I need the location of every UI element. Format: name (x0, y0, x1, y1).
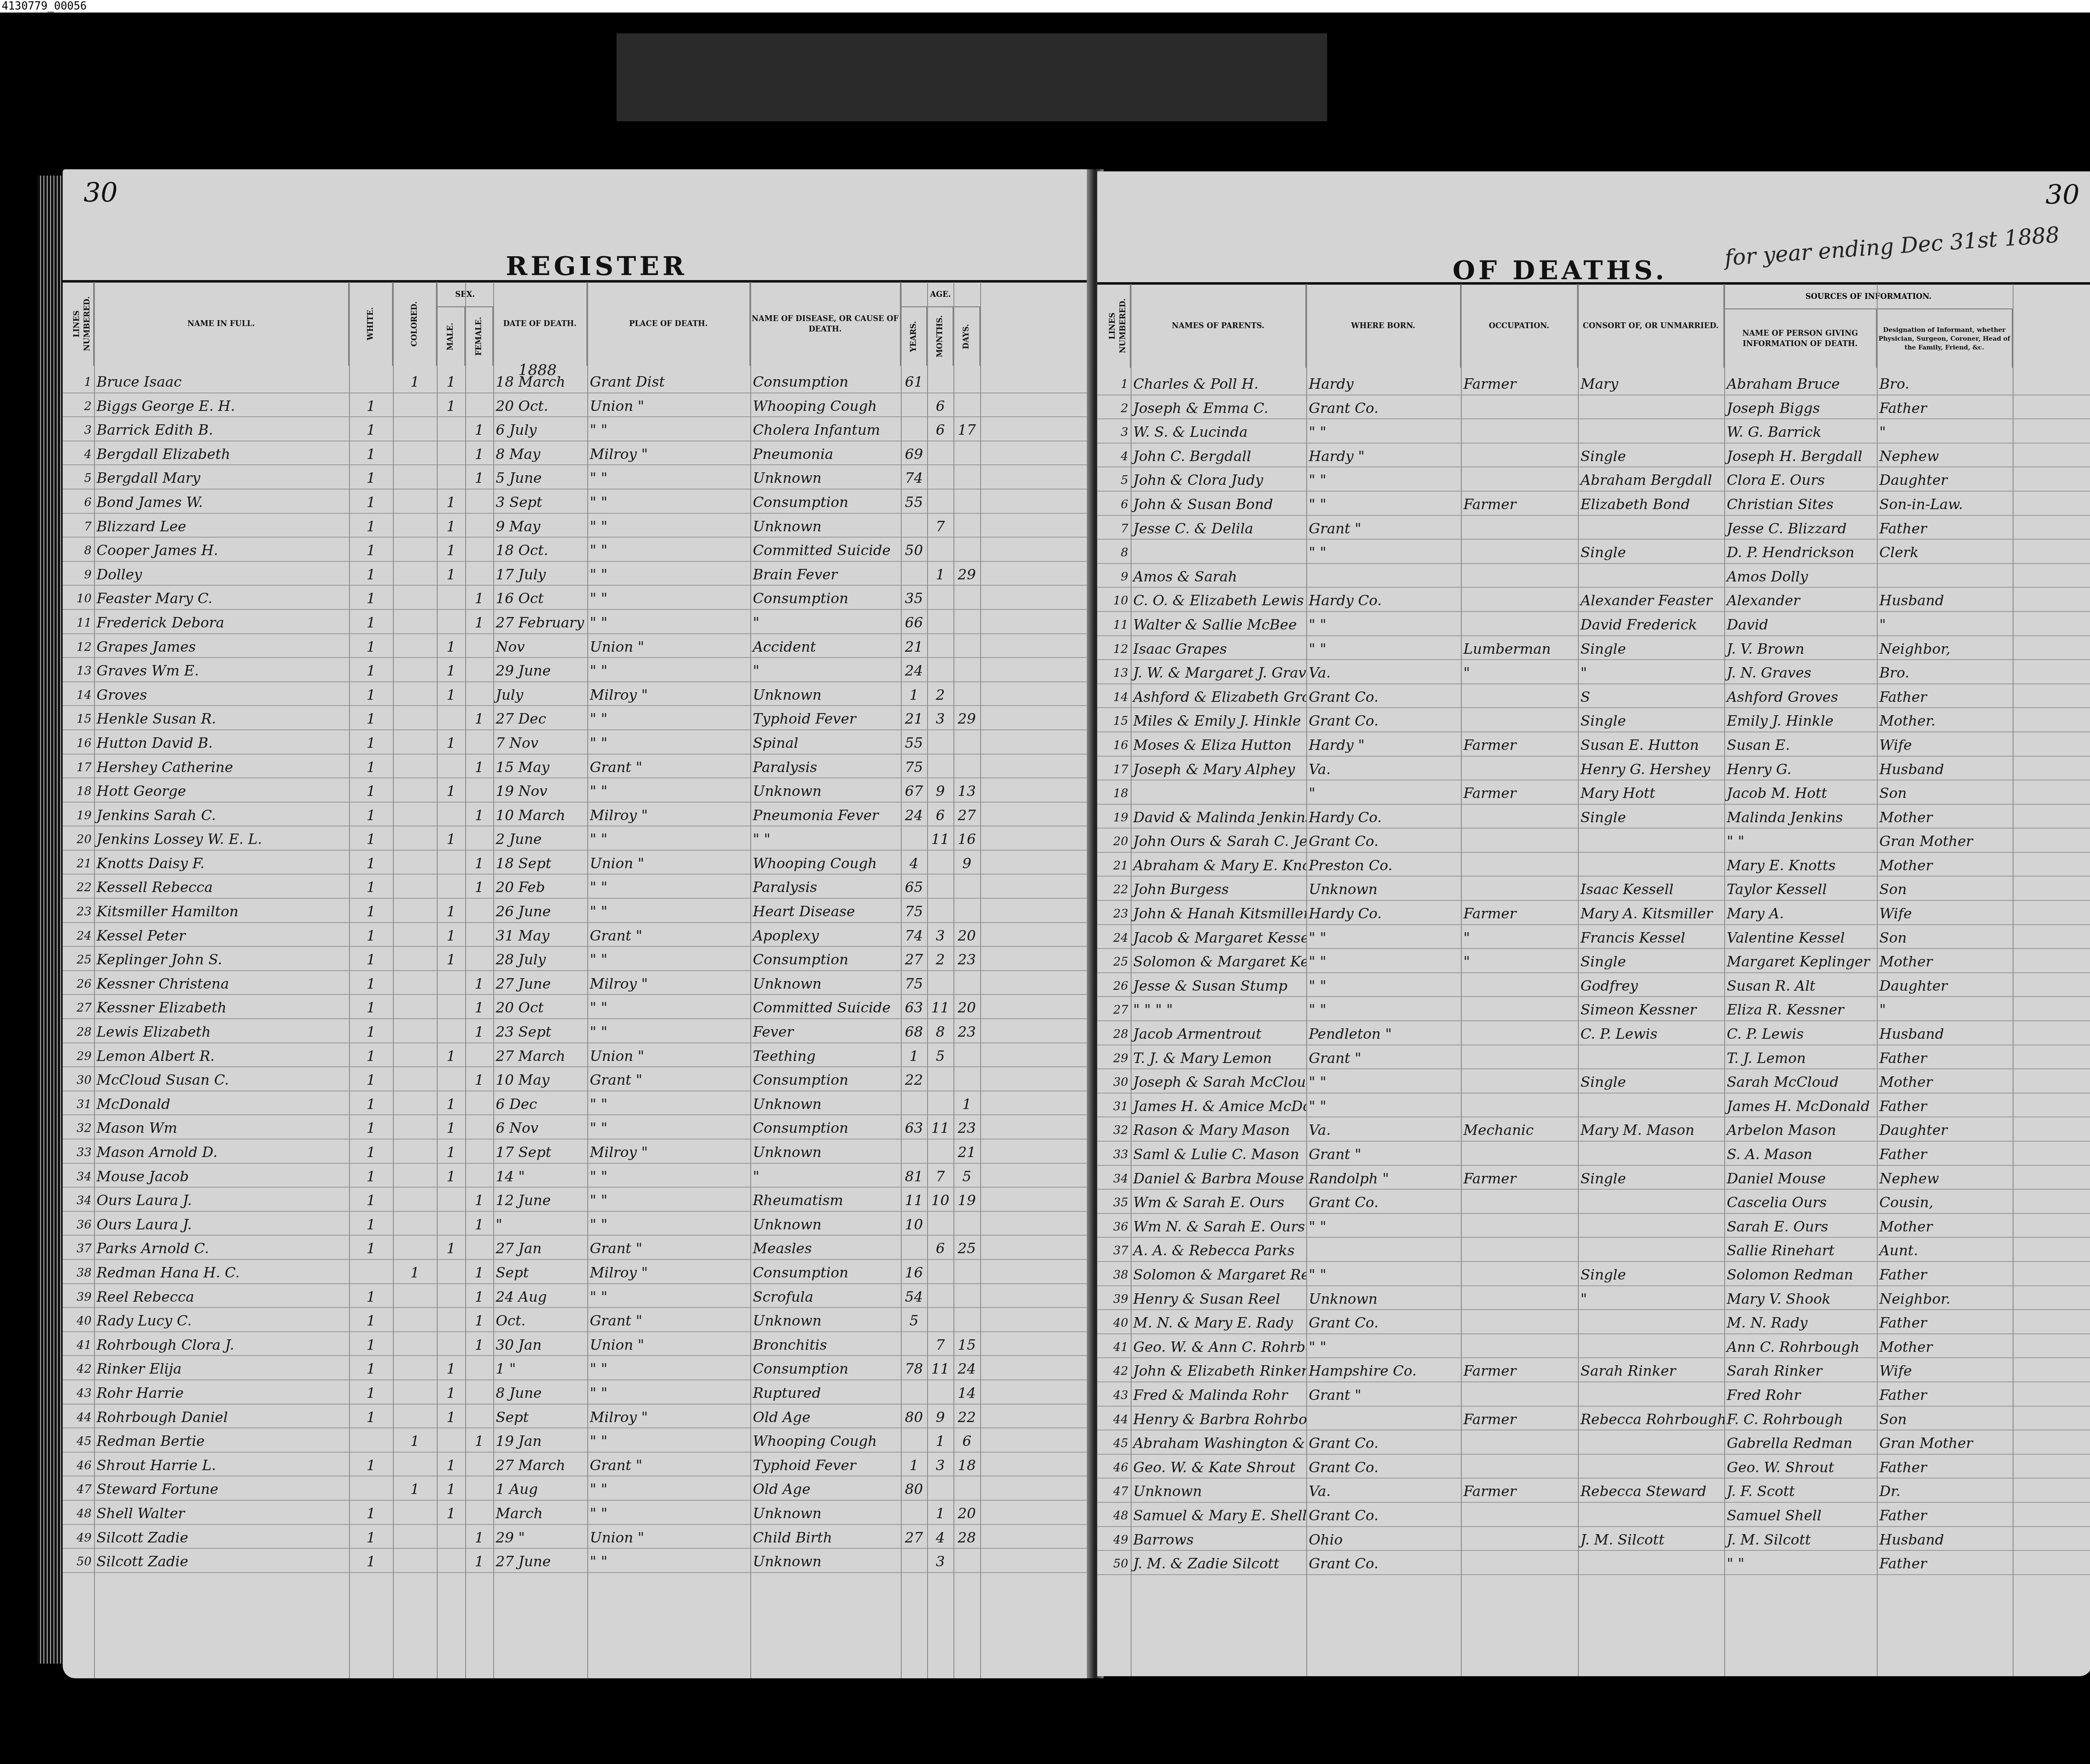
cell-white-mark: 1 (349, 586, 393, 609)
cell-line-number: 20 (71, 826, 94, 850)
cell-line-number: 14 (1106, 684, 1131, 708)
cell-white-mark: 1 (349, 1525, 393, 1548)
cell-male-mark (437, 586, 465, 609)
cell-date-of-death: 30 Jan (493, 1332, 587, 1356)
cell-age-days: 16 (953, 826, 980, 850)
cell-line-number: 42 (1106, 1358, 1131, 1382)
cell-name-in-full: Shrout Harrie L. (94, 1453, 349, 1476)
cell-place-of-death: " " (587, 489, 750, 513)
cell-female-mark: 1 (465, 1525, 493, 1548)
cell-age-days: 19 (953, 1188, 980, 1211)
table-row: 27Kessner Elizabeth1120 Oct" "Committed … (63, 995, 1095, 1019)
cell-where-born: Unknown (1306, 877, 1461, 900)
cell-names-of-parents: Geo. W. & Ann C. Rohrbough, (1131, 1334, 1306, 1358)
cell-informant-designation: Husband (1877, 1527, 2013, 1550)
cell-informant-designation: Mother (1877, 1069, 2013, 1093)
cell-informant-designation: Son (1877, 925, 2013, 948)
table-row: 19David & Malinda JenkinsHardy Co.Single… (1097, 805, 2090, 829)
table-row: 23Kitsmiller Hamilton1126 June" "Heart D… (63, 899, 1095, 923)
cell-age-months (927, 465, 953, 489)
cell-colored-mark (393, 441, 437, 465)
cell-female-mark (465, 1501, 493, 1524)
cell-date-of-death: 26 June (493, 899, 587, 922)
cell-where-born: Va. (1306, 1117, 1461, 1141)
cell-consort: Godfrey (1578, 973, 1724, 997)
table-row: 31James H. & Amice McDonald," "James H. … (1097, 1094, 2090, 1118)
table-row: 26Jesse & Susan Stump" "GodfreySusan R. … (1097, 973, 2090, 997)
cell-informant-designation: Father (1877, 516, 2013, 539)
cell-line-number: 3 (71, 417, 94, 441)
table-row: 24Kessel Peter1131 MayGrant "Apoplexy743… (63, 923, 1095, 947)
cell-name-in-full: Dolley (94, 562, 349, 585)
cell-age-days (953, 874, 980, 898)
cell-date-of-death: 9 May (493, 514, 587, 537)
cell-where-born: Preston Co. (1306, 853, 1461, 876)
cell-occupation: Farmer (1461, 901, 1578, 924)
cell-name-in-full: Bergdall Mary (94, 465, 349, 489)
cell-age-months: 3 (927, 706, 953, 729)
cell-consort: Isaac Kessell (1578, 877, 1724, 900)
cell-informant-designation: Father (1877, 1503, 2013, 1526)
cell-male-mark: 1 (437, 1356, 465, 1379)
cell-white-mark: 1 (349, 610, 393, 633)
cell-where-born: Hardy " (1306, 732, 1461, 756)
cell-name-in-full: Bruce Isaac (94, 369, 349, 393)
cell-where-born (1306, 1407, 1461, 1430)
cell-occupation (1461, 708, 1578, 732)
cell-informant-name: Amos Dolly (1724, 564, 1877, 587)
cell-colored-mark (393, 1019, 437, 1043)
cell-line-number: 2 (1106, 395, 1131, 419)
cell-age-days: 15 (953, 1332, 980, 1356)
cell-age-months: 1 (927, 1501, 953, 1524)
cell-male-mark (437, 1067, 465, 1091)
cell-occupation (1461, 1455, 1578, 1478)
cell-where-born: Grant Co. (1306, 1551, 1461, 1574)
cell-where-born: Ohio (1306, 1527, 1461, 1550)
cell-occupation (1461, 1045, 1578, 1069)
cell-consort: Sarah Rinker (1578, 1358, 1724, 1382)
cell-place-of-death: " " (587, 1501, 750, 1524)
cell-cause-of-death: Old Age (750, 1405, 901, 1428)
cell-name-in-full: Lemon Albert R. (94, 1043, 349, 1067)
cell-informant-designation: Wife (1877, 732, 2013, 756)
cell-age-days (953, 465, 980, 489)
table-row: 28Lewis Elizabeth1123 Sept" "Fever68823 (63, 1019, 1095, 1043)
cell-line-number: 10 (71, 586, 94, 609)
cell-consort: Mary A. Kitsmiller (1578, 901, 1724, 924)
cell-line-number: 6 (1106, 492, 1131, 515)
cell-cause-of-death: Whooping Cough (750, 1428, 901, 1452)
cell-white-mark: 1 (349, 658, 393, 681)
cell-date-of-death: 27 June (493, 971, 587, 994)
cell-age-days: 23 (953, 1019, 980, 1043)
cell-female-mark: 1 (465, 803, 493, 826)
cell-male-mark (437, 971, 465, 994)
cell-age-months: 1 (927, 562, 953, 585)
column-rule (1131, 284, 1132, 1676)
cell-line-number: 44 (71, 1405, 94, 1428)
cell-name-in-full: Lewis Elizabeth (94, 1019, 349, 1043)
cell-male-mark: 1 (437, 1091, 465, 1115)
cell-white-mark: 1 (349, 1308, 393, 1331)
cell-cause-of-death: " (750, 610, 901, 633)
table-row: 48Shell Walter11March" "Unknown120 (63, 1501, 1095, 1525)
cell-line-number: 30 (1106, 1069, 1131, 1093)
cell-white-mark: 1 (349, 1405, 393, 1428)
cell-female-mark (465, 923, 493, 946)
cell-place-of-death: " " (587, 465, 750, 489)
cell-female-mark (465, 1164, 493, 1187)
cell-female-mark (465, 947, 493, 970)
cell-date-of-death: 6 Nov (493, 1115, 587, 1139)
cell-place-of-death: " " (587, 899, 750, 922)
cell-white-mark: 1 (349, 995, 393, 1018)
cell-age-years: 1 (901, 682, 927, 706)
cell-date-of-death: 10 May (493, 1067, 587, 1091)
cell-line-number: 31 (71, 1091, 94, 1115)
cell-colored-mark (393, 923, 437, 946)
cell-date-of-death: 20 Oct. (493, 393, 587, 417)
table-row: 41Rohrbough Clora J.1130 JanUnion "Bronc… (63, 1332, 1095, 1356)
cell-informant-name: Clora E. Ours (1724, 467, 1877, 491)
table-row: 38Solomon & Margaret Redman" "SingleSolo… (1097, 1262, 2090, 1286)
cell-line-number: 5 (71, 465, 94, 489)
cell-age-days (953, 755, 980, 778)
cell-occupation (1461, 1069, 1578, 1093)
cell-female-mark (465, 369, 493, 393)
cell-place-of-death: " " (587, 562, 750, 585)
cell-names-of-parents: Joseph & Emma C. (1131, 395, 1306, 419)
cell-place-of-death: " " (587, 1428, 750, 1452)
cell-place-of-death: Union " (587, 1525, 750, 1548)
cell-where-born: " " (1306, 492, 1461, 515)
cell-occupation (1461, 1310, 1578, 1333)
cell-age-months: 1 (927, 1428, 953, 1452)
cell-date-of-death: " (493, 1212, 587, 1235)
header-consort: Consort of, or Unmarried. (1578, 284, 1724, 368)
table-row: 30Joseph & Sarah McCloud" "SingleSarah M… (1097, 1069, 2090, 1094)
cell-name-in-full: Henkle Susan R. (94, 706, 349, 729)
cell-male-mark (437, 1019, 465, 1043)
cell-where-born: " (1306, 780, 1461, 804)
cell-colored-mark (393, 1501, 437, 1524)
cell-female-mark (465, 826, 493, 850)
cell-age-years (901, 417, 927, 441)
cell-where-born: Grant Co. (1306, 1190, 1461, 1213)
cell-cause-of-death: Unknown (750, 1549, 901, 1572)
cell-age-months: 6 (927, 803, 953, 826)
cell-line-number: 41 (71, 1332, 94, 1356)
cell-age-years (901, 1428, 927, 1452)
cell-line-number: 34 (1106, 1166, 1131, 1189)
cell-name-in-full: Hott George (94, 778, 349, 802)
cell-consort: Francis Kessel (1578, 925, 1724, 948)
cell-informant-name: F. C. Rohrbough (1724, 1407, 1877, 1430)
cell-age-years: 10 (901, 1212, 927, 1235)
cell-where-born: Grant Co. (1306, 828, 1461, 852)
cell-age-months (927, 1139, 953, 1163)
table-row: 11Walter & Sallie McBee" "David Frederic… (1097, 612, 2090, 636)
cell-male-mark: 1 (437, 826, 465, 850)
cell-cause-of-death: Apoplexy (750, 923, 901, 946)
cell-names-of-parents (1131, 780, 1306, 804)
cell-place-of-death: Milroy " (587, 971, 750, 994)
cell-consort (1578, 564, 1724, 587)
cell-age-months: 3 (927, 923, 953, 946)
table-row: 17Hershey Catherine1115 MayGrant "Paraly… (63, 755, 1095, 779)
cell-female-mark (465, 1453, 493, 1476)
cell-informant-name: Joseph Biggs (1724, 395, 1877, 419)
of-deaths-title: OF DEATHS. (1453, 255, 1667, 286)
cell-cause-of-death: Typhoid Fever (750, 1453, 901, 1476)
cell-consort (1578, 1455, 1724, 1478)
cell-informant-designation: Mother (1877, 949, 2013, 972)
cell-consort (1578, 1238, 1724, 1261)
cell-male-mark: 1 (437, 1139, 465, 1163)
cell-age-years: 80 (901, 1405, 927, 1428)
cell-name-in-full: Blizzard Lee (94, 514, 349, 537)
cell-consort (1578, 1430, 1724, 1454)
cell-line-number: 28 (1106, 1021, 1131, 1045)
cell-age-years: 75 (901, 899, 927, 922)
table-row: 46Geo. W. & Kate ShroutGrant Co.Geo. W. … (1097, 1455, 2090, 1479)
image-label-bar: 4130779_00056 (0, 0, 2090, 13)
cell-female-mark: 1 (465, 1549, 493, 1572)
cell-where-born: Va. (1306, 757, 1461, 780)
table-row: 7Jesse C. & DelilaGrant "Jesse C. Blizza… (1097, 516, 2090, 540)
cell-female-mark: 1 (465, 1188, 493, 1211)
cell-white-mark (349, 1476, 393, 1500)
cell-colored-mark (393, 586, 437, 609)
table-row: 49Silcott Zadie1129 "Union "Child Birth2… (63, 1525, 1095, 1549)
cell-line-number: 32 (1106, 1117, 1131, 1141)
cell-line-number: 9 (1106, 564, 1131, 587)
cell-informant-name: " " (1724, 828, 1877, 852)
cell-male-mark (437, 417, 465, 441)
cell-informant-name: Sarah McCloud (1724, 1069, 1877, 1093)
cell-place-of-death: Union " (587, 393, 750, 417)
cell-name-in-full: Barrick Edith B. (94, 417, 349, 441)
cell-names-of-parents: Wm N. & Sarah E. Ours (1131, 1214, 1306, 1237)
table-row: 21Abraham & Mary E. KnottsPreston Co.Mar… (1097, 853, 2090, 877)
cell-colored-mark (393, 778, 437, 802)
cell-names-of-parents: Joseph & Sarah McCloud (1131, 1069, 1306, 1093)
cell-colored-mark (393, 1453, 437, 1476)
cell-place-of-death: Union " (587, 1043, 750, 1067)
cell-names-of-parents: A. A. & Rebecca Parks (1131, 1238, 1306, 1261)
cell-cause-of-death: Consumption (750, 1067, 901, 1091)
cell-informant-name: Abraham Bruce (1724, 371, 1877, 395)
cell-occupation (1461, 1503, 1578, 1526)
column-rule (465, 282, 466, 1678)
cell-female-mark: 1 (465, 706, 493, 729)
table-row: 9Amos & SarahAmos Dolly (1097, 564, 2090, 588)
cell-line-number: 4 (1106, 444, 1131, 467)
cell-age-years: 27 (901, 1525, 927, 1548)
cell-informant-designation: Father (1877, 1094, 2013, 1117)
cell-occupation: " (1461, 949, 1578, 972)
cell-names-of-parents: John C. Bergdall (1131, 444, 1306, 467)
cell-age-days (953, 538, 980, 561)
cell-where-born: Hardy (1306, 371, 1461, 395)
cell-name-in-full: Shell Walter (94, 1501, 349, 1524)
cell-name-in-full: Mouse Jacob (94, 1164, 349, 1187)
cell-male-mark (437, 874, 465, 898)
table-row: 36Wm N. & Sarah E. Ours" "Sarah E. OursM… (1097, 1214, 2090, 1238)
cell-informant-designation: Daughter (1877, 973, 2013, 997)
table-row: 24Jacob & Margaret Kessell" ""Francis Ke… (1097, 925, 2090, 949)
cell-female-mark: 1 (465, 971, 493, 994)
cell-colored-mark (393, 1380, 437, 1404)
cell-place-of-death: " " (587, 1091, 750, 1115)
cell-names-of-parents: Abraham & Mary E. Knotts (1131, 853, 1306, 876)
cell-informant-designation: Mother. (1877, 708, 2013, 732)
cell-place-of-death: Milroy " (587, 1405, 750, 1428)
cell-cause-of-death: Consumption (750, 369, 901, 393)
cell-line-number: 43 (1106, 1382, 1131, 1406)
cell-male-mark: 1 (437, 1453, 465, 1476)
cell-informant-name: Eliza R. Kessner (1724, 997, 1877, 1020)
cell-place-of-death: " " (587, 1356, 750, 1379)
cell-informant-name: C. P. Lewis (1724, 1021, 1877, 1045)
table-row: 37Parks Arnold C.1127 JanGrant "Measles6… (63, 1236, 1095, 1260)
cell-line-number: 16 (71, 730, 94, 754)
cell-cause-of-death: Spinal (750, 730, 901, 754)
cell-date-of-death: 17 Sept (493, 1139, 587, 1163)
cell-occupation (1461, 1214, 1578, 1237)
table-row: 5Bergdall Mary115 June" "Unknown74 (63, 465, 1095, 489)
cell-age-years: 5 (901, 1308, 927, 1331)
column-rule (927, 282, 928, 1678)
cell-date-of-death: Sept (493, 1260, 587, 1283)
cell-male-mark (437, 1188, 465, 1211)
cell-age-years (901, 1091, 927, 1115)
cell-where-born: Grant Co. (1306, 708, 1461, 732)
cell-line-number: 34 (71, 1188, 94, 1211)
cell-where-born: " " (1306, 419, 1461, 443)
cell-date-of-death: 1 " (493, 1356, 587, 1379)
cell-cause-of-death: Unknown (750, 1091, 901, 1115)
cell-names-of-parents: Walter & Sallie McBee (1131, 612, 1306, 635)
cell-informant-designation: Clerk (1877, 540, 2013, 563)
cell-place-of-death: Milroy " (587, 682, 750, 706)
cell-line-number: 30 (71, 1067, 94, 1091)
cell-age-months (927, 634, 953, 658)
cell-line-number: 37 (71, 1236, 94, 1259)
cell-date-of-death: 29 June (493, 658, 587, 681)
cell-age-months (927, 586, 953, 609)
cell-white-mark: 1 (349, 1380, 393, 1404)
cell-white-mark: 1 (349, 1091, 393, 1115)
cell-female-mark: 1 (465, 1212, 493, 1235)
cell-male-mark: 1 (437, 899, 465, 922)
cell-informant-name: Sallie Rinehart (1724, 1238, 1877, 1261)
cell-names-of-parents: Charles & Poll H. (1131, 371, 1306, 395)
cell-line-number: 18 (1106, 780, 1131, 804)
image-label: 4130779_00056 (2, 0, 87, 13)
cell-place-of-death: Milroy " (587, 441, 750, 465)
cell-line-number: 15 (1106, 708, 1131, 732)
cell-cause-of-death: " (750, 1164, 901, 1187)
cell-male-mark: 1 (437, 923, 465, 946)
table-row: 25Solomon & Margaret Keplinger" ""Single… (1097, 949, 2090, 973)
cell-male-mark (437, 1260, 465, 1283)
cell-age-months: 2 (927, 947, 953, 970)
cell-names-of-parents: Jacob & Margaret Kessell (1131, 925, 1306, 948)
cell-line-number: 19 (71, 803, 94, 826)
cell-age-days: 25 (953, 1236, 980, 1259)
header-line-numbered: Lines Numbered. (71, 282, 94, 366)
cell-white-mark: 1 (349, 1019, 393, 1043)
cell-place-of-death: " " (587, 417, 750, 441)
cell-line-number: 33 (1106, 1142, 1131, 1165)
cell-name-in-full: McDonald (94, 1091, 349, 1115)
cell-date-of-death: 18 Sept (493, 851, 587, 874)
table-row: 45Redman Bertie1119 Jan" "Whooping Cough… (63, 1428, 1095, 1453)
cell-names-of-parents: Joseph & Mary Alphey (1131, 757, 1306, 780)
table-row: 33Saml & Lulie C. MasonGrant "S. A. Maso… (1097, 1142, 2090, 1166)
table-row: 14Groves11JulyMilroy "Unknown12 (63, 682, 1095, 706)
cell-informant-name: J. M. Silcott (1724, 1527, 1877, 1550)
cell-line-number: 44 (1106, 1407, 1131, 1430)
table-row: 39Reel Rebecca1124 Aug" "Scrofula54 (63, 1284, 1095, 1308)
cell-colored-mark: 1 (393, 1260, 437, 1283)
cell-line-number: 12 (1106, 636, 1131, 660)
cell-place-of-death: Milroy " (587, 803, 750, 826)
cell-age-years: 35 (901, 586, 927, 609)
table-row: 40M. N. & Mary E. RadyGrant Co.M. N. Rad… (1097, 1310, 2090, 1334)
cell-male-mark (437, 1428, 465, 1452)
cell-informant-name: Mary E. Knotts (1724, 853, 1877, 876)
cell-name-in-full: Rohrbough Clora J. (94, 1332, 349, 1356)
cell-name-in-full: Silcott Zadie (94, 1525, 349, 1548)
table-row: 41Geo. W. & Ann C. Rohrbough," "Ann C. R… (1097, 1334, 2090, 1359)
cell-where-born: Hardy Co. (1306, 805, 1461, 828)
cell-age-days: 18 (953, 1453, 980, 1476)
table-row: 7Blizzard Lee119 May" "Unknown7 (63, 514, 1095, 538)
table-row: 9Dolley1117 July" "Brain Fever129 (63, 562, 1095, 586)
cell-where-born: " " (1306, 925, 1461, 948)
cell-names-of-parents: Solomon & Margaret Keplinger (1131, 949, 1306, 972)
cell-cause-of-death: Measles (750, 1236, 901, 1259)
cell-age-years: 54 (901, 1284, 927, 1308)
cell-informant-designation: Husband (1877, 588, 2013, 611)
cell-consort (1578, 516, 1724, 539)
cell-cause-of-death: Consumption (750, 947, 901, 970)
cell-names-of-parents: C. O. & Elizabeth Lewis (1131, 588, 1306, 611)
cell-line-number: 7 (71, 514, 94, 537)
cell-colored-mark (393, 706, 437, 729)
header-days: Days. (953, 307, 980, 366)
cell-white-mark: 1 (349, 778, 393, 802)
cell-age-years: 80 (901, 1476, 927, 1500)
cell-line-number: 35 (1106, 1190, 1131, 1213)
cell-where-born: " " (1306, 540, 1461, 563)
table-row: 42John & Elizabeth RinkerHampshire Co.Fa… (1097, 1358, 2090, 1382)
cell-informant-designation: Nephew (1877, 1166, 2013, 1189)
table-row: 21Knotts Daisy F.1118 SeptUnion "Whoopin… (63, 851, 1095, 875)
cell-line-number: 46 (71, 1453, 94, 1476)
cell-informant-name: Ashford Groves (1724, 684, 1877, 708)
cell-cause-of-death: Ruptured (750, 1380, 901, 1404)
table-row: 12Grapes James11NovUnion "Accident21 (63, 634, 1095, 658)
cell-name-in-full: Rohrbough Daniel (94, 1405, 349, 1428)
table-row: 19Jenkins Sarah C.1110 MarchMilroy "Pneu… (63, 803, 1095, 827)
cell-white-mark: 1 (349, 1332, 393, 1356)
cell-line-number: 40 (71, 1308, 94, 1331)
cell-line-number: 50 (71, 1549, 94, 1572)
